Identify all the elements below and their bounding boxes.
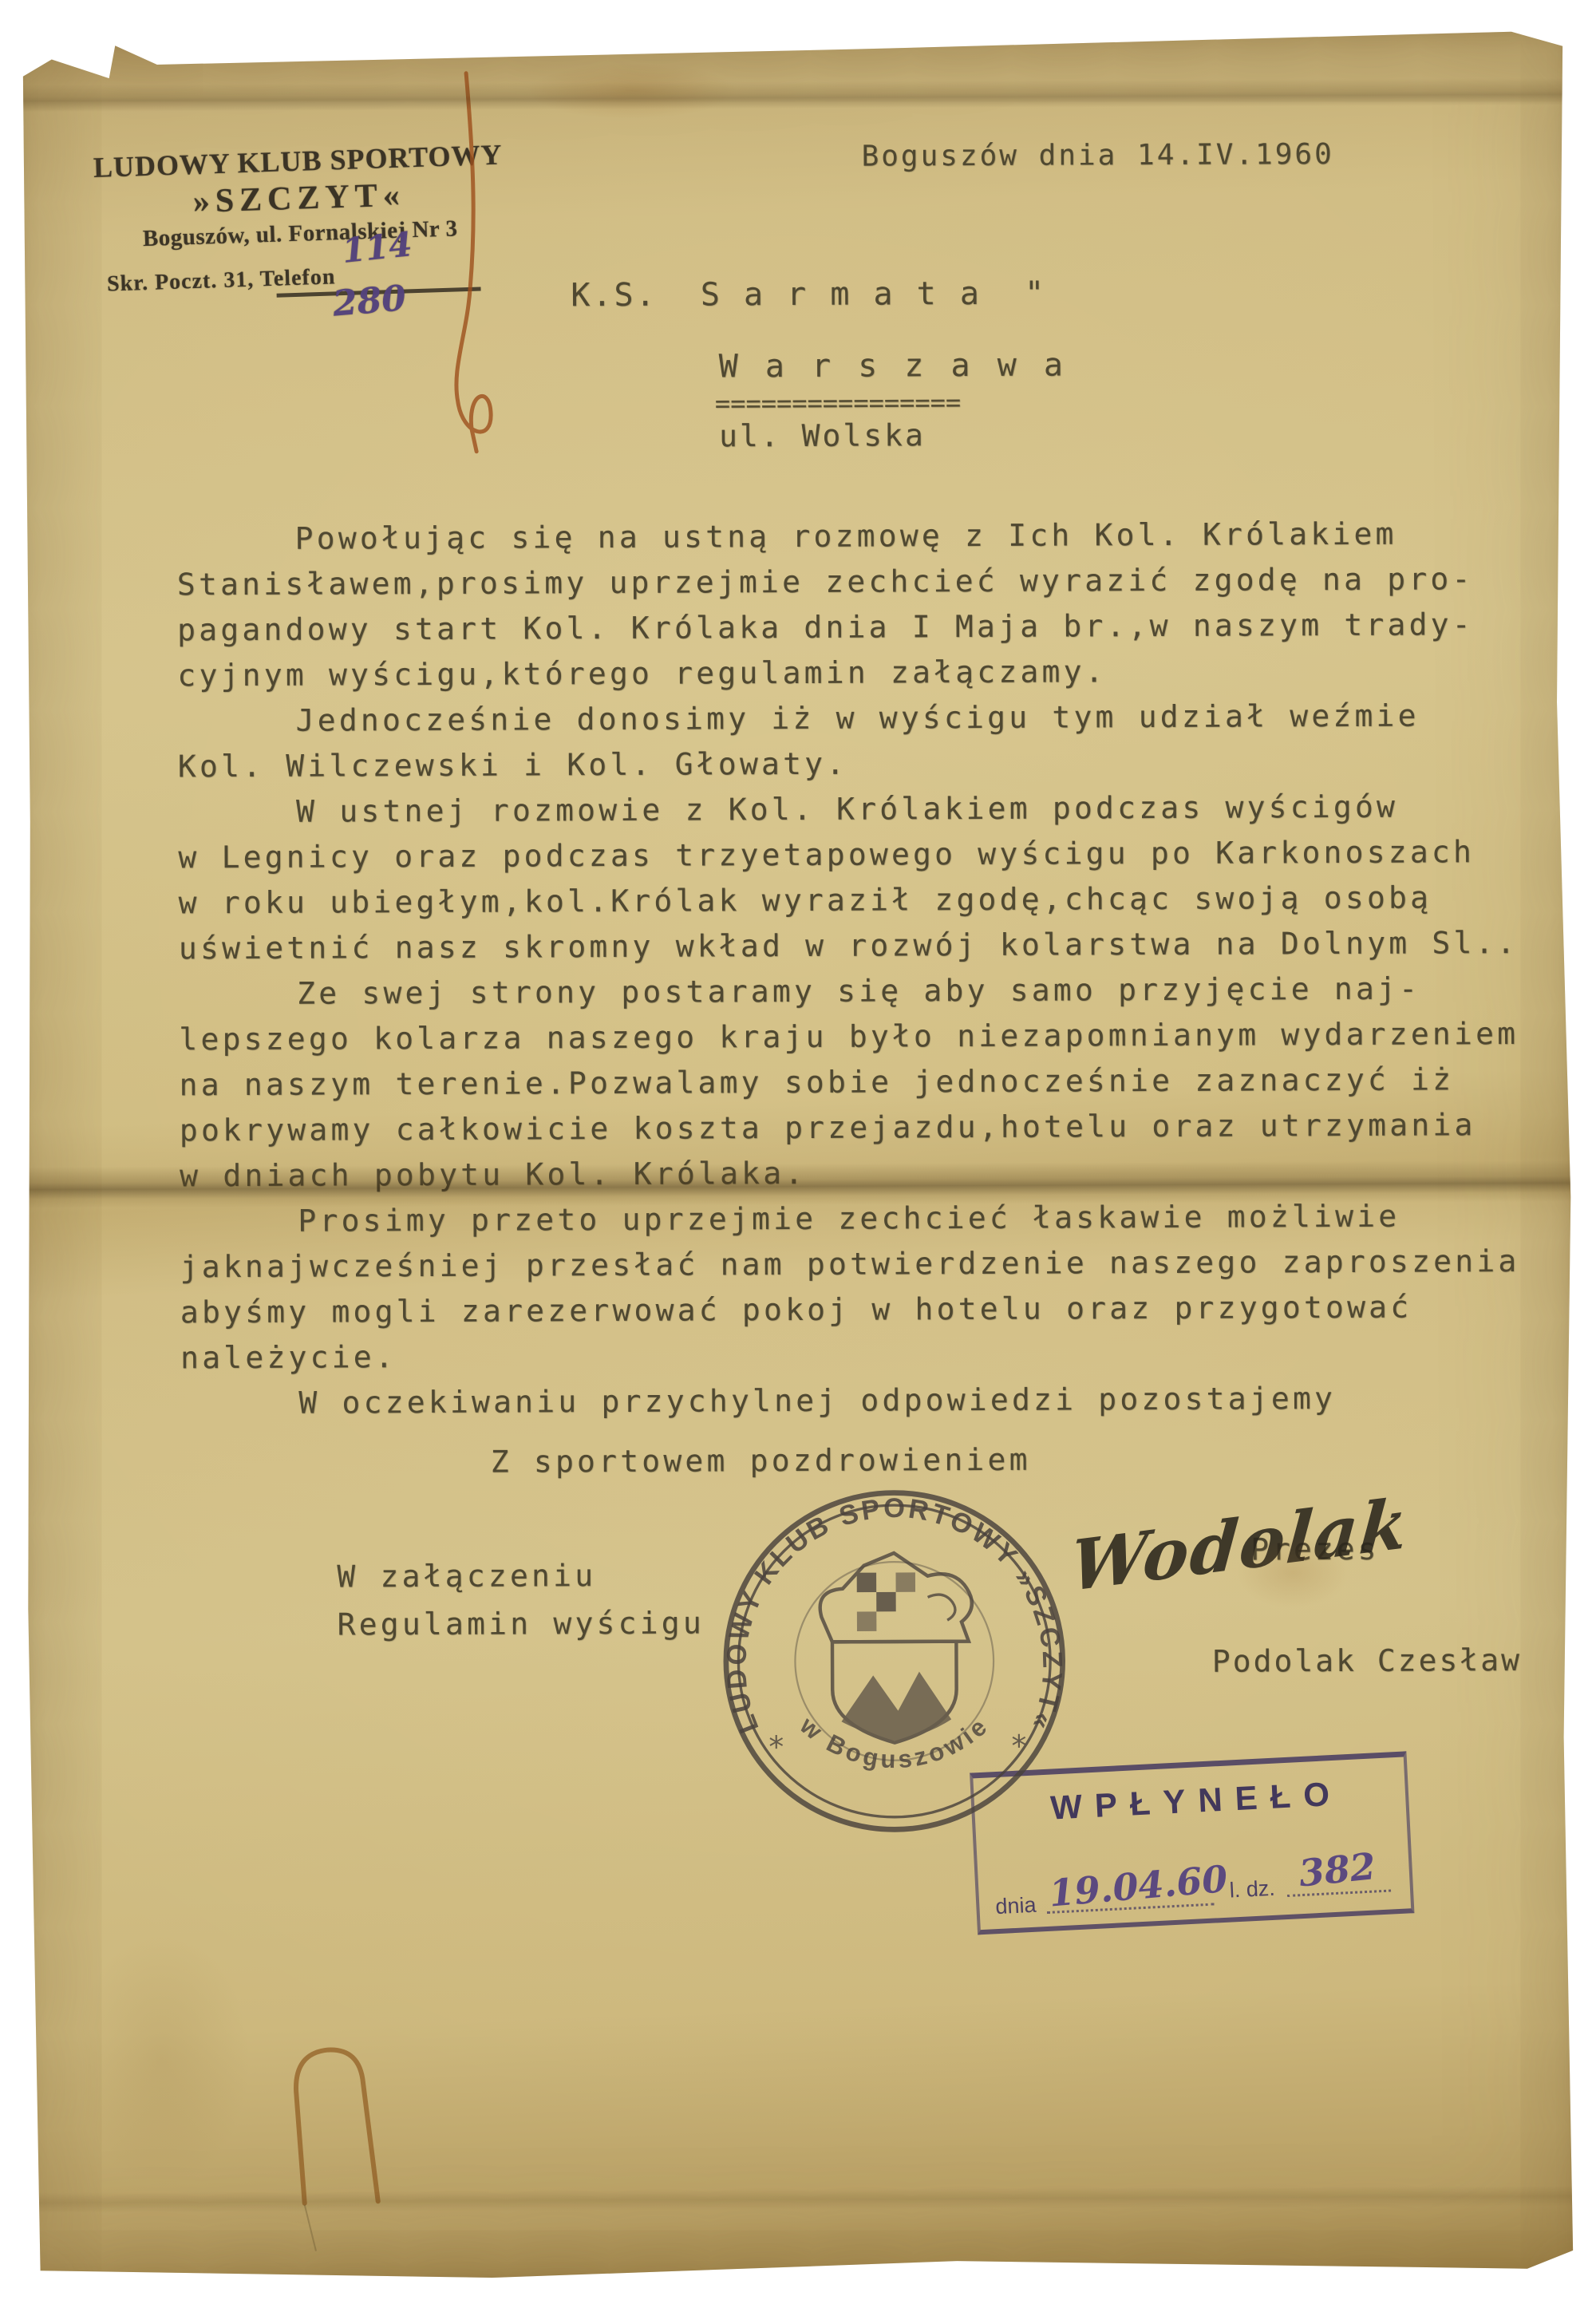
enclosure-line: Regulamin wyścigu (337, 1599, 705, 1649)
club-round-stamp: LUDOWY KLUB SPORTOWY »SZCZYT« w Boguszow… (717, 1484, 1073, 1840)
body-line: W oczekiwaniu przychylnej odpowiedzi poz… (180, 1375, 1545, 1426)
handwritten-phone-number-alt: 280 (331, 278, 408, 325)
body-line: Stanisławem,prosimy uprzejmie zechcieć w… (177, 556, 1542, 607)
body-line: Powołując się na ustną rozmowę z Ich Kol… (176, 511, 1541, 562)
body-line: Jednocześnie donosimy iż w wyścigu tym u… (177, 693, 1542, 744)
letter-paper: LUDOWY KLUB SPORTOWY »SZCZYT« Boguszów, … (18, 27, 1577, 2284)
fold-crease-bottom (27, 2186, 1577, 2213)
body-line: w dniach pobytu Kol. Królaka. (180, 1148, 1544, 1199)
svg-text:LUDOWY KLUB SPORTOWY »SZCZYT«: LUDOWY KLUB SPORTOWY »SZCZYT« (721, 1492, 1068, 1737)
body-line: pokrywamy całkowicie koszta przejazdu,ho… (180, 1102, 1544, 1153)
enclosure-line: W załączeniu (337, 1551, 705, 1601)
body-line: Ze swej strony postaramy się aby samo pr… (179, 966, 1543, 1017)
letterhead-stamp: LUDOWY KLUB SPORTOWY »SZCZYT« Boguszów, … (82, 137, 520, 374)
paperclip-rust-mark (266, 2003, 410, 2259)
body-line: cyjnym wyścigu,którego regulamin załącza… (177, 647, 1542, 698)
valediction: Z sportowem pozdrowieniem (181, 1435, 1546, 1486)
received-stamp-date-value: 19.04.60 (1047, 1857, 1229, 1915)
handwritten-phone-number: 114 (341, 224, 414, 271)
body-line: jaknajwcześniej przesłać nam potwierdzen… (180, 1239, 1544, 1290)
round-stamp-arc-text: LUDOWY KLUB SPORTOWY »SZCZYT« (721, 1492, 1068, 1737)
body-line: uświetnić nasz skromny wkład w rozwój ko… (179, 920, 1543, 971)
received-stamp-ref-label: l. dz. (1229, 1876, 1276, 1903)
round-stamp-star-left: * (767, 1729, 785, 1765)
handwritten-signature: Wodolak (1068, 1480, 1439, 1608)
fold-crease-top (18, 78, 1567, 112)
addressee-city-underline: ================ (715, 387, 961, 418)
received-stamp-date-label: dnia (995, 1893, 1037, 1920)
received-stamp-fields: dnia 19.04.60 l. dz. 382 (989, 1840, 1398, 1921)
body-line: abyśmy mogli zarezerwować pokoj w hotelu… (180, 1284, 1545, 1335)
addressee-street: ul. Wolska (719, 417, 926, 453)
paper-stain (73, 1932, 250, 2188)
enclosure-note: W załączeniu Regulamin wyścigu (337, 1551, 705, 1649)
body-line: w roku ubiegłym,kol.Królak wyraził zgodę… (178, 875, 1543, 926)
body-line: Prosimy przeto uprzejmie zechcieć łaskaw… (180, 1193, 1544, 1244)
body-line: należycie. (180, 1330, 1545, 1381)
body-line: w Legnicy oraz podczas trzyetapowego wyś… (178, 829, 1543, 880)
dateline: Boguszów dnia 14.IV.1960 (861, 138, 1333, 173)
addressee-city: W a r s z a w a (719, 347, 1067, 385)
round-stamp-star-right: * (1009, 1729, 1028, 1764)
paper-stain (528, 62, 736, 119)
round-stamp-crest-icon (820, 1553, 972, 1743)
addressee-name: K.S. S a r m a t a " (571, 275, 1046, 314)
body-line: pagandowy start Kol. Królaka dnia I Maja… (177, 602, 1542, 653)
body-line: lepszego kolarza naszego kraju było niez… (179, 1011, 1543, 1062)
body-line: W ustnej rozmowie z Kol. Królakiem podcz… (178, 784, 1543, 835)
body-line: na naszym terenie.Pozwalamy sobie jednoc… (179, 1057, 1543, 1108)
body-line: Kol. Wilczewski i Kol. Głowaty. (178, 738, 1543, 789)
signature-name: Podolak Czesław (1212, 1642, 1522, 1679)
received-stamp-ref-value: 382 (1297, 1844, 1377, 1895)
letter-body: Powołując się na ustną rozmowę z Ich Kol… (176, 511, 1545, 1486)
